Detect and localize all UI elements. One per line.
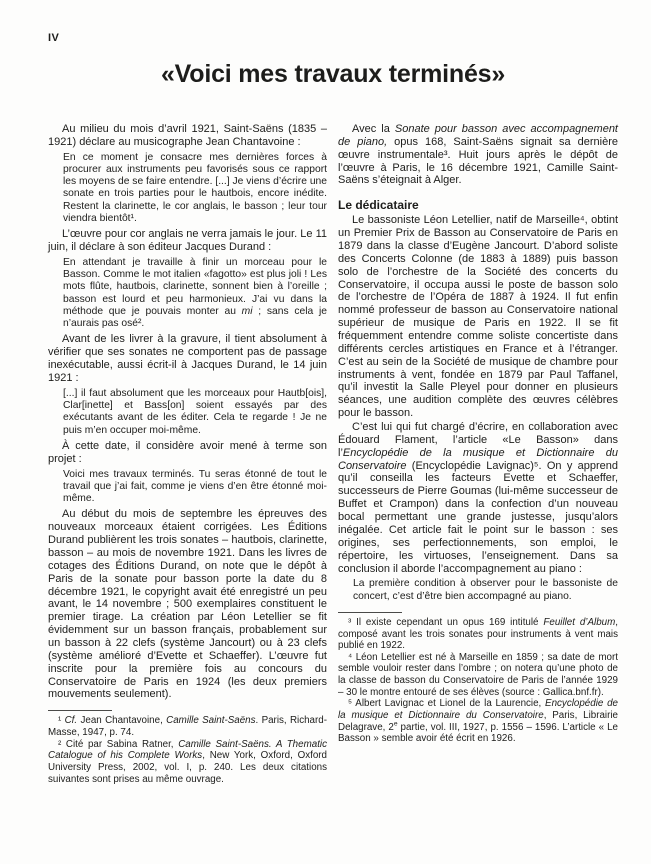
page-number: IV	[48, 32, 618, 44]
paragraph: Le bassoniste Léon Letellier, natif de M…	[338, 214, 618, 420]
block-quote: La première condition à observer pour le…	[338, 578, 618, 603]
paragraph: Avant de les livrer à la gravure, il tie…	[48, 333, 327, 384]
two-column-layout: Au milieu du mois d’avril 1921, Saint-Sa…	[48, 123, 618, 785]
footnote: ¹ Cf. Jean Chantavoine, Camille Saint-Sa…	[48, 715, 327, 738]
footnote: ⁵ Albert Lavignac et Lionel de la Lauren…	[338, 698, 618, 745]
section-heading: Le dédicataire	[338, 198, 618, 212]
block-quote: En ce moment je consacre mes dernières f…	[48, 152, 327, 226]
page-title: «Voici mes travaux terminés»	[48, 60, 618, 89]
footnote-separator	[338, 612, 402, 613]
paragraph: L’œuvre pour cor anglais ne verra jamais…	[48, 228, 327, 254]
block-quote: En attendant je travaille à finir un mor…	[48, 257, 327, 331]
footnote: ⁴ Léon Letellier est né à Marseille en 1…	[338, 652, 618, 699]
paragraph: Au début du mois de septembre les épreuv…	[48, 508, 327, 701]
block-quote: Voici mes travaux terminés. Tu seras éto…	[48, 469, 327, 506]
paragraph: Au milieu du mois d’avril 1921, Saint-Sa…	[48, 123, 327, 149]
book-page: IV «Voici mes travaux terminés» Au milie…	[0, 0, 651, 864]
block-quote: [...] il faut absolument que les morceau…	[48, 388, 327, 437]
paragraph: Avec la Sonate pour basson avec accompag…	[338, 123, 618, 187]
paragraph: À cette date, il considère avoir mené à …	[48, 440, 327, 466]
footnote-separator	[48, 710, 112, 711]
right-column: Avec la Sonate pour basson avec accompag…	[338, 123, 618, 785]
footnote: ³ Il existe cependant un opus 169 intitu…	[338, 617, 618, 652]
footnote: ² Cité par Sabina Ratner, Camille Saint-…	[48, 739, 327, 786]
left-column: Au milieu du mois d’avril 1921, Saint-Sa…	[48, 123, 327, 785]
paragraph: C’est lui qui fut chargé d’écrire, en co…	[338, 421, 618, 575]
